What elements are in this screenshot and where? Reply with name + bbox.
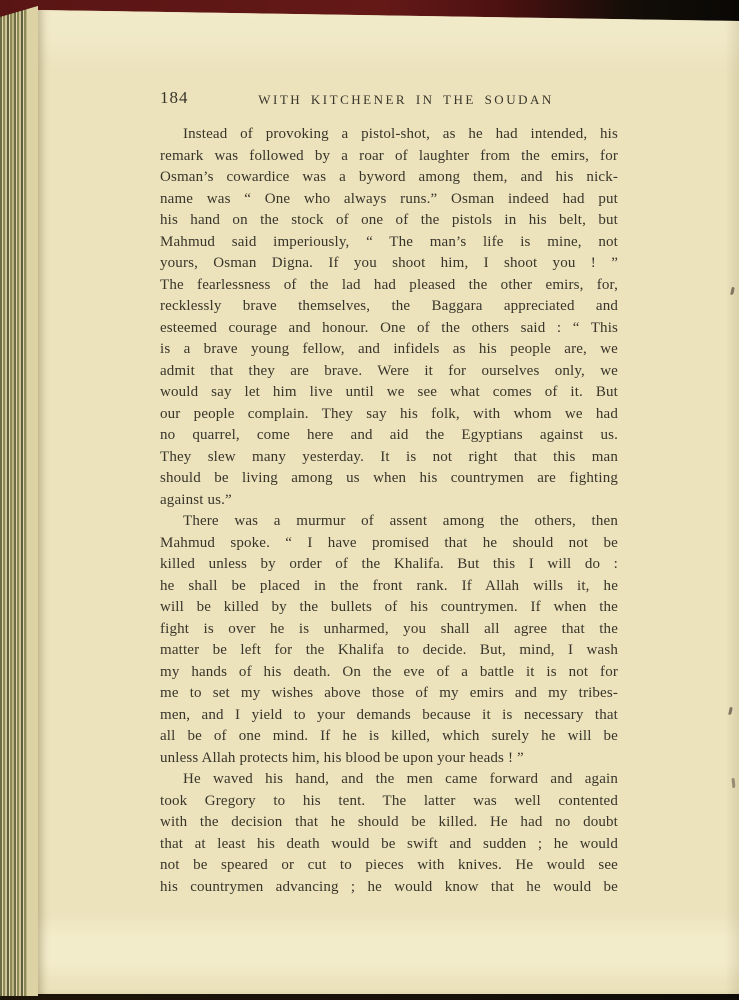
text-line: that at least his death would be swift a… [160,834,618,856]
text-line: unless Allah protects him, his blood be … [160,748,618,770]
text-line: our people complain. They say his folk, … [160,404,618,426]
text-line: should be living among us when his count… [160,468,618,490]
text-line: killed unless by order of the Khalifa. B… [160,554,618,576]
text-line: name was “ One who always runs.” Osman i… [160,189,618,211]
text-line: my hands of his death. On the eve of a b… [160,662,618,684]
text-line: his hand on the stock of one of the pist… [160,210,618,232]
text-line: all be of one mind. If he is killed, whi… [160,726,618,748]
text-line: yours, Osman Digna. If you shoot him, I … [160,253,618,275]
book-scan: 184 WITH KITCHENER IN THE SOUDAN Instead… [0,0,739,1000]
ink-mark [730,287,735,295]
text-line: me to set my wishes above those of my em… [160,683,618,705]
body-text: Instead of provoking a pistol-shot, as h… [160,124,618,898]
text-line: esteemed courage and honour. One of the … [160,318,618,340]
text-line: They slew many yesterday. It is not righ… [160,447,618,469]
text-line: against us.” [160,490,618,512]
paragraph: Instead of provoking a pistol-shot, as h… [160,124,618,511]
text-line: recklessly brave themselves, the Baggara… [160,296,618,318]
text-line: with the decision that he should be kill… [160,812,618,834]
text-line: men, and I yield to your demands because… [160,705,618,727]
text-line: his countrymen advancing ; he would know… [160,877,618,899]
ink-mark [728,707,733,715]
book-page: 184 WITH KITCHENER IN THE SOUDAN Instead… [38,8,739,994]
text-line: no quarrel, come here and aid the Egypti… [160,425,618,447]
book-page-edges [0,3,38,996]
page-header: 184 WITH KITCHENER IN THE SOUDAN [160,88,618,110]
text-line: There was a murmur of assent among the o… [160,511,618,533]
text-line: The fearlessness of the lad had pleased … [160,275,618,297]
text-line: Mahmud spoke. “ I have promised that he … [160,533,618,555]
text-line: He waved his hand, and the men came forw… [160,769,618,791]
text-line: he shall be placed in the front rank. If… [160,576,618,598]
text-line: took Gregory to his tent. The latter was… [160,791,618,813]
text-line: fight is over he is unharmed, you shall … [160,619,618,641]
running-title: WITH KITCHENER IN THE SOUDAN [177,92,635,108]
text-line: will be killed by the bullets of his cou… [160,597,618,619]
paragraph: There was a murmur of assent among the o… [160,511,618,769]
paragraph: He waved his hand, and the men came forw… [160,769,618,898]
text-line: admit that they are brave. Were it for o… [160,361,618,383]
text-line: matter be left for the Khalifa to decide… [160,640,618,662]
text-line: Mahmud said imperiously, “ The man’s lif… [160,232,618,254]
text-line: not be speared or cut to pieces with kni… [160,855,618,877]
text-line: remark was followed by a roar of laughte… [160,146,618,168]
text-line: is a brave young fellow, and infidels as… [160,339,618,361]
ink-mark [731,778,735,788]
text-line: would say let him live until we see what… [160,382,618,404]
text-line: Osman’s cowardice was a byword among the… [160,167,618,189]
text-line: Instead of provoking a pistol-shot, as h… [160,124,618,146]
